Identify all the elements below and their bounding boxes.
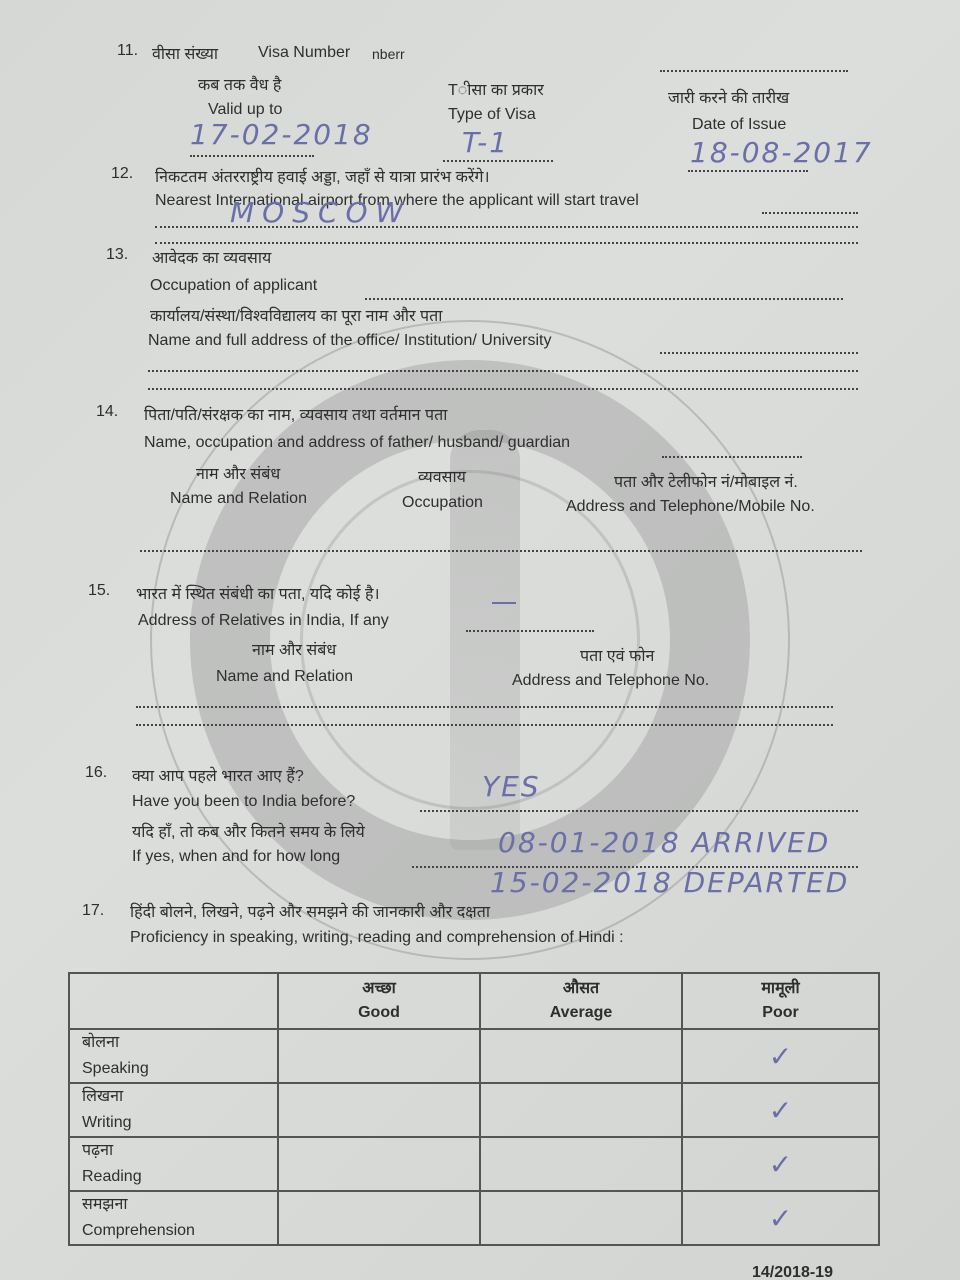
header-average: औसतAverage (480, 973, 682, 1029)
writing-poor-checkmark[interactable]: ✓ (682, 1083, 879, 1137)
q14-hindi-label: पिता/पति/संरक्षक का नाम, व्यवसाय तथा वर्… (144, 403, 447, 425)
q15-col1-label: Name and Relation (216, 668, 353, 686)
q15-col2-hindi: पता एवं फोन (580, 644, 654, 666)
speaking-average-cell[interactable] (480, 1029, 682, 1083)
guardian-field[interactable] (662, 456, 802, 458)
q14-col1-label: Name and Relation (170, 490, 307, 508)
relatives-details-field-2[interactable] (136, 724, 833, 726)
type-of-visa-hindi: Tीसा का प्रकार (448, 78, 544, 100)
visa-number-field[interactable] (660, 70, 848, 72)
q17-hindi-label: हिंदी बोलने, लिखने, पढ़ने और समझने की जा… (130, 900, 490, 922)
reading-good-cell[interactable] (278, 1137, 480, 1191)
header-good: अच्छाGood (278, 973, 480, 1029)
speaking-good-cell[interactable] (278, 1029, 480, 1083)
q13-hindi-label: आवेदक का व्यवसाय (152, 246, 271, 268)
relatives-dash-mark (492, 602, 516, 604)
q14-col2-hindi: व्यवसाय (418, 465, 466, 487)
q12-trailing-dots (762, 212, 858, 214)
visit-departed-value[interactable]: 15-02-2018 DEPARTED (490, 866, 849, 899)
table-row-comprehension: समझनाComprehension ✓ (69, 1191, 879, 1245)
q11-visa-number-label: Visa Number (258, 44, 350, 62)
q16-label: Have you been to India before? (132, 793, 355, 811)
q14-col1-hindi: नाम और संबंध (196, 462, 280, 484)
q15-col1-hindi: नाम और संबंध (252, 638, 336, 660)
header-blank (69, 973, 278, 1029)
type-of-visa-label: Type of Visa (448, 106, 536, 124)
comprehension-average-cell[interactable] (480, 1191, 682, 1245)
office-address-field[interactable] (660, 352, 858, 354)
q15-hindi-label: भारत में स्थित संबंधी का पता, यदि कोई है… (136, 582, 380, 604)
type-of-visa-field (443, 160, 553, 162)
q16-number: 16. (85, 764, 107, 782)
q15-number: 15. (88, 582, 110, 600)
type-of-visa-value[interactable]: T-1 (462, 126, 509, 159)
office-address-field-3[interactable] (148, 388, 858, 390)
q16-followup-label: If yes, when and for how long (132, 848, 340, 866)
q14-col3-label: Address and Telephone/Mobile No. (566, 498, 815, 516)
hindi-proficiency-table: अच्छाGood औसतAverage मामूलीPoor बोलनाSpe… (68, 972, 880, 1246)
relatives-details-field[interactable] (136, 706, 833, 708)
q15-col2-label: Address and Telephone No. (512, 672, 709, 690)
nearest-airport-value[interactable]: MOSCOW (230, 196, 411, 229)
date-of-issue-hindi: जारी करने की तारीख (668, 86, 789, 108)
q14-col3-hindi: पता और टेलीफोन नं/मोबाइल नं. (614, 470, 798, 492)
q14-col2-label: Occupation (402, 494, 483, 512)
valid-up-to-value[interactable]: 17-02-2018 (190, 118, 373, 151)
q16-hindi-label: क्या आप पहले भारत आए हैं? (132, 764, 304, 786)
q13-office-label: Name and full address of the office/ Ins… (148, 332, 551, 350)
reading-average-cell[interactable] (480, 1137, 682, 1191)
date-of-issue-label: Date of Issue (692, 116, 786, 134)
table-row-reading: पढ़नाReading ✓ (69, 1137, 879, 1191)
valid-up-to-hindi: कब तक वैध है (198, 73, 281, 95)
writing-average-cell[interactable] (480, 1083, 682, 1137)
reading-poor-checkmark[interactable]: ✓ (682, 1137, 879, 1191)
valid-up-to-label: Valid up to (208, 101, 282, 119)
q13-office-hindi: कार्यालय/संस्था/विश्वविद्यालय का पूरा ना… (150, 304, 442, 326)
visited-india-value[interactable]: YES (482, 770, 541, 803)
q16-followup-hindi: यदि हाँ, तो कब और कितने समय के लिये (132, 820, 365, 842)
q11-number: 11. (117, 42, 138, 60)
q13-label: Occupation of applicant (150, 277, 317, 295)
speaking-poor-checkmark[interactable]: ✓ (682, 1029, 879, 1083)
q11-stray-text: nberr (372, 46, 405, 62)
relatives-field[interactable] (466, 630, 594, 632)
q17-label: Proficiency in speaking, writing, readin… (130, 929, 624, 947)
footer-code: 14/2018-19 (752, 1264, 833, 1280)
q14-number: 14. (96, 403, 118, 421)
writing-good-cell[interactable] (278, 1083, 480, 1137)
valid-up-to-field (190, 155, 314, 157)
office-address-field-2[interactable] (148, 370, 858, 372)
q15-label: Address of Relatives in India, If any (138, 612, 389, 630)
nearest-airport-field-2 (155, 242, 858, 244)
guardian-details-field[interactable] (140, 550, 862, 552)
visited-india-field (420, 810, 858, 812)
q12-number: 12. (111, 165, 133, 183)
date-of-issue-value[interactable]: 18-08-2017 (690, 136, 873, 169)
q17-number: 17. (82, 902, 104, 920)
visit-arrived-value[interactable]: 08-01-2018 ARRIVED (498, 826, 830, 859)
comprehension-good-cell[interactable] (278, 1191, 480, 1245)
nearest-airport-field (155, 226, 858, 228)
table-row-speaking: बोलनाSpeaking ✓ (69, 1029, 879, 1083)
comprehension-poor-checkmark[interactable]: ✓ (682, 1191, 879, 1245)
date-of-issue-field (688, 170, 808, 172)
table-row-writing: लिखनाWriting ✓ (69, 1083, 879, 1137)
q11-hindi-label: वीसा संख्या (152, 42, 218, 64)
table-header-row: अच्छाGood औसतAverage मामूलीPoor (69, 973, 879, 1029)
q12-hindi-label: निकटतम अंतरराष्ट्रीय हवाई अड्डा, जहाँ से… (155, 165, 490, 187)
q13-number: 13. (106, 246, 128, 264)
occupation-field[interactable] (365, 298, 843, 300)
q14-label: Name, occupation and address of father/ … (144, 434, 570, 452)
header-poor: मामूलीPoor (682, 973, 879, 1029)
